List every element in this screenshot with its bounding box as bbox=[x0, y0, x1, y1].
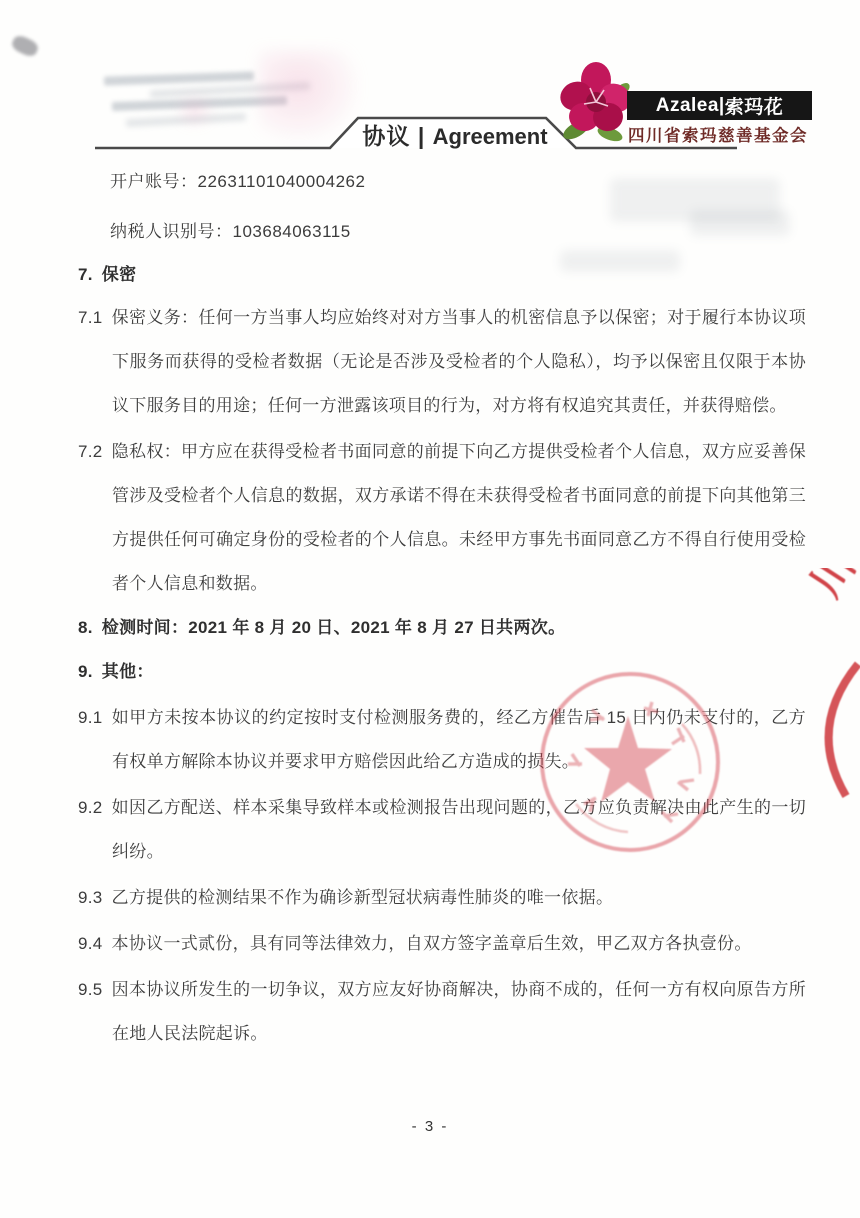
clause-7-2: 7.2隐私权：甲方应在获得受检者书面同意的前提下向乙方提供受检者个人信息，双方应… bbox=[78, 430, 806, 606]
clause-9-3: 9.3乙方提供的检测结果不作为确诊新型冠状病毒性肺炎的唯一依据。 bbox=[78, 876, 806, 920]
taxpayer-id-line: 纳税人识别号：103684063115 bbox=[78, 218, 806, 246]
scanned-agreement-page: { "header": { "title": { "cn": "协议", "se… bbox=[0, 0, 860, 1218]
document-body: 开户账号：22631101040004262 纳税人识别号：1036840631… bbox=[78, 168, 806, 1056]
section-8-heading: 8.检测时间：2021 年 8 月 20 日、2021 年 8 月 27 日共两… bbox=[78, 606, 806, 650]
logo-org-name: 四川省索玛慈善基金会 bbox=[618, 122, 818, 146]
clause-text: 保密义务：任何一方当事人均应始终对对方当事人的机密信息予以保密；对于履行本协议项… bbox=[112, 308, 806, 415]
clause-text: 保密 bbox=[102, 265, 137, 284]
logo-brand-box: Azalea|索玛花 bbox=[627, 91, 812, 120]
red-round-seal-stamp bbox=[532, 664, 732, 864]
clause-text: 隐私权：甲方应在获得受检者书面同意的前提下向乙方提供受检者个人信息，双方应妥善保… bbox=[112, 442, 806, 593]
logo-brand-cn: 索玛花 bbox=[725, 92, 784, 119]
clause-number: 7.2 bbox=[78, 442, 103, 461]
clause-text: 因本协议所发生的一切争议，双方应友好协商解决，协商不成的，任何一方有权向原告方所… bbox=[112, 980, 806, 1043]
section-7-heading: 7.保密 bbox=[78, 260, 806, 290]
clause-number: 9.1 bbox=[78, 708, 103, 727]
bank-account-label: 开户账号： bbox=[110, 172, 198, 191]
page-title-en: Agreement bbox=[433, 124, 548, 149]
logo-brand-en: Azalea bbox=[656, 95, 719, 117]
edge-partial-seal-stamp: 川省索 bbox=[788, 568, 860, 808]
clause-text: 本协议一式贰份，具有同等法律效力，自双方签字盖章后生效，甲乙双方各执壹份。 bbox=[112, 934, 752, 953]
clause-9-5: 9.5因本协议所发生的一切争议，双方应友好协商解决，协商不成的，任何一方有权向原… bbox=[78, 968, 806, 1056]
clause-number: 9.2 bbox=[78, 798, 103, 817]
page-title-cn: 协议 bbox=[362, 123, 410, 149]
clause-7-1: 7.1保密义务：任何一方当事人均应始终对对方当事人的机密信息予以保密；对于履行本… bbox=[78, 296, 806, 428]
bank-account-value: 22631101040004262 bbox=[198, 172, 366, 191]
page-title: 协议 | Agreement bbox=[345, 118, 565, 150]
taxpayer-id-value: 103684063115 bbox=[233, 222, 351, 241]
clause-number: 7.1 bbox=[78, 308, 103, 327]
clause-number: 9.3 bbox=[78, 888, 103, 907]
clause-number: 8. bbox=[78, 618, 93, 637]
clause-number: 9. bbox=[78, 662, 93, 681]
clause-text: 其他： bbox=[102, 662, 154, 681]
edge-seal-arc bbox=[788, 568, 860, 808]
clause-number: 9.5 bbox=[78, 980, 103, 999]
page-number: - 3 - bbox=[0, 1118, 860, 1135]
clause-number: 9.4 bbox=[78, 934, 103, 953]
clause-9-4: 9.4本协议一式贰份，具有同等法律效力，自双方签字盖章后生效，甲乙双方各执壹份。 bbox=[78, 922, 806, 966]
taxpayer-id-label: 纳税人识别号： bbox=[110, 222, 233, 241]
clause-text: 检测时间：2021 年 8 月 20 日、2021 年 8 月 27 日共两次。 bbox=[102, 618, 566, 637]
clause-number: 7. bbox=[78, 265, 93, 284]
page-title-separator: | bbox=[418, 123, 425, 149]
clause-text: 乙方提供的检测结果不作为确诊新型冠状病毒性肺炎的唯一依据。 bbox=[112, 888, 614, 907]
bank-account-line: 开户账号：22631101040004262 bbox=[78, 168, 806, 196]
